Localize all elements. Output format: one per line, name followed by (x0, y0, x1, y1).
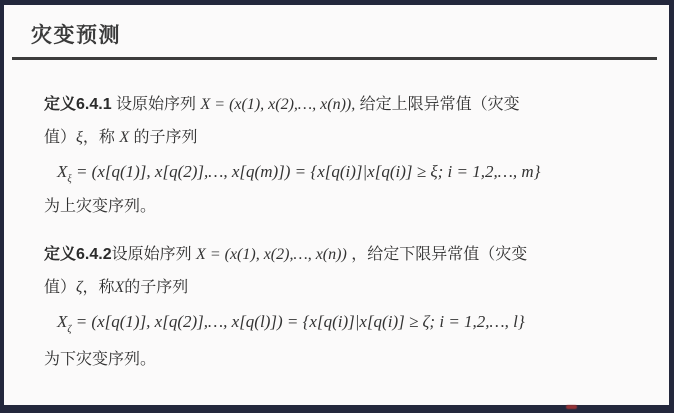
def1-wrap-line: 值）ξ，称 X 的子序列 (44, 121, 653, 154)
def2-formula-body: = (x[q(1)], x[q(2)],…, x[q(l)]) = {x[q(i… (71, 312, 524, 331)
def2-formula: Xζ = (x[q(1)], x[q(2)],…, x[q(l)]) = {x[… (44, 304, 653, 340)
title-divider (12, 57, 657, 60)
def2-tail-text: ，给定下限异常值（灾变 (347, 246, 527, 263)
def2-wrap2-text: ，称 (83, 279, 115, 296)
def1-var-symbol: X (119, 129, 129, 146)
def1-intro-line: 定义6.4.1 设原始序列 X = (x(1), x(2),…, x(n)), … (44, 88, 653, 121)
def2-intro-text: 设原始序列 (112, 246, 196, 263)
def1-formula-var: X (57, 162, 67, 181)
def1-closing-text: 为上灾变序列。 (44, 198, 156, 215)
slide-title: 灾变预测 (31, 19, 121, 49)
def2-label: 定义6.4.2 (44, 246, 112, 263)
def2-var-symbol: X (115, 279, 125, 296)
def2-wrap1-text: 值） (44, 279, 76, 296)
def1-label: 定义6.4.1 (44, 96, 112, 113)
def2-wrap-line: 值）ζ，称X的子序列 (44, 271, 653, 304)
video-artifact-dot (566, 405, 577, 409)
def2-series-math: X = (x(1), x(2),…, x(n)) (196, 246, 347, 263)
def1-formula-body: = (x[q(1)], x[q(2)],…, x[q(m)]) = {x[q(i… (72, 162, 541, 181)
def1-intro-text: 设原始序列 (112, 96, 201, 113)
slide-body: 定义6.4.1 设原始序列 X = (x(1), x(2),…, x(n)), … (44, 88, 653, 377)
def2-closing-line: 为下灾变序列。 (44, 343, 653, 377)
def2-formula-var: X (57, 312, 67, 331)
def2-intro-line: 定义6.4.2设原始序列 X = (x(1), x(2),…, x(n)) ，给… (44, 238, 653, 271)
slide: 灾变预测 定义6.4.1 设原始序列 X = (x(1), x(2),…, x(… (4, 5, 669, 405)
def1-threshold-symbol: ξ (76, 129, 83, 146)
def1-series-math: X = (x(1), x(2),…, x(n)), (201, 96, 356, 113)
def1-formula: Xξ = (x[q(1)], x[q(2)],…, x[q(m)]) = {x[… (44, 154, 653, 190)
def1-closing-line: 为上灾变序列。 (44, 190, 653, 224)
def1-wrap2-text: ，称 (83, 129, 119, 146)
def2-closing-text: 为下灾变序列。 (44, 351, 156, 368)
def1-wrap3-text: 的子序列 (129, 129, 197, 146)
video-frame: 灾变预测 定义6.4.1 设原始序列 X = (x(1), x(2),…, x(… (0, 0, 674, 413)
def1-wrap1-text: 值） (44, 129, 76, 146)
def1-tail-text: 给定上限异常值（灾变 (355, 96, 519, 113)
def2-wrap3-text: 的子序列 (124, 279, 188, 296)
